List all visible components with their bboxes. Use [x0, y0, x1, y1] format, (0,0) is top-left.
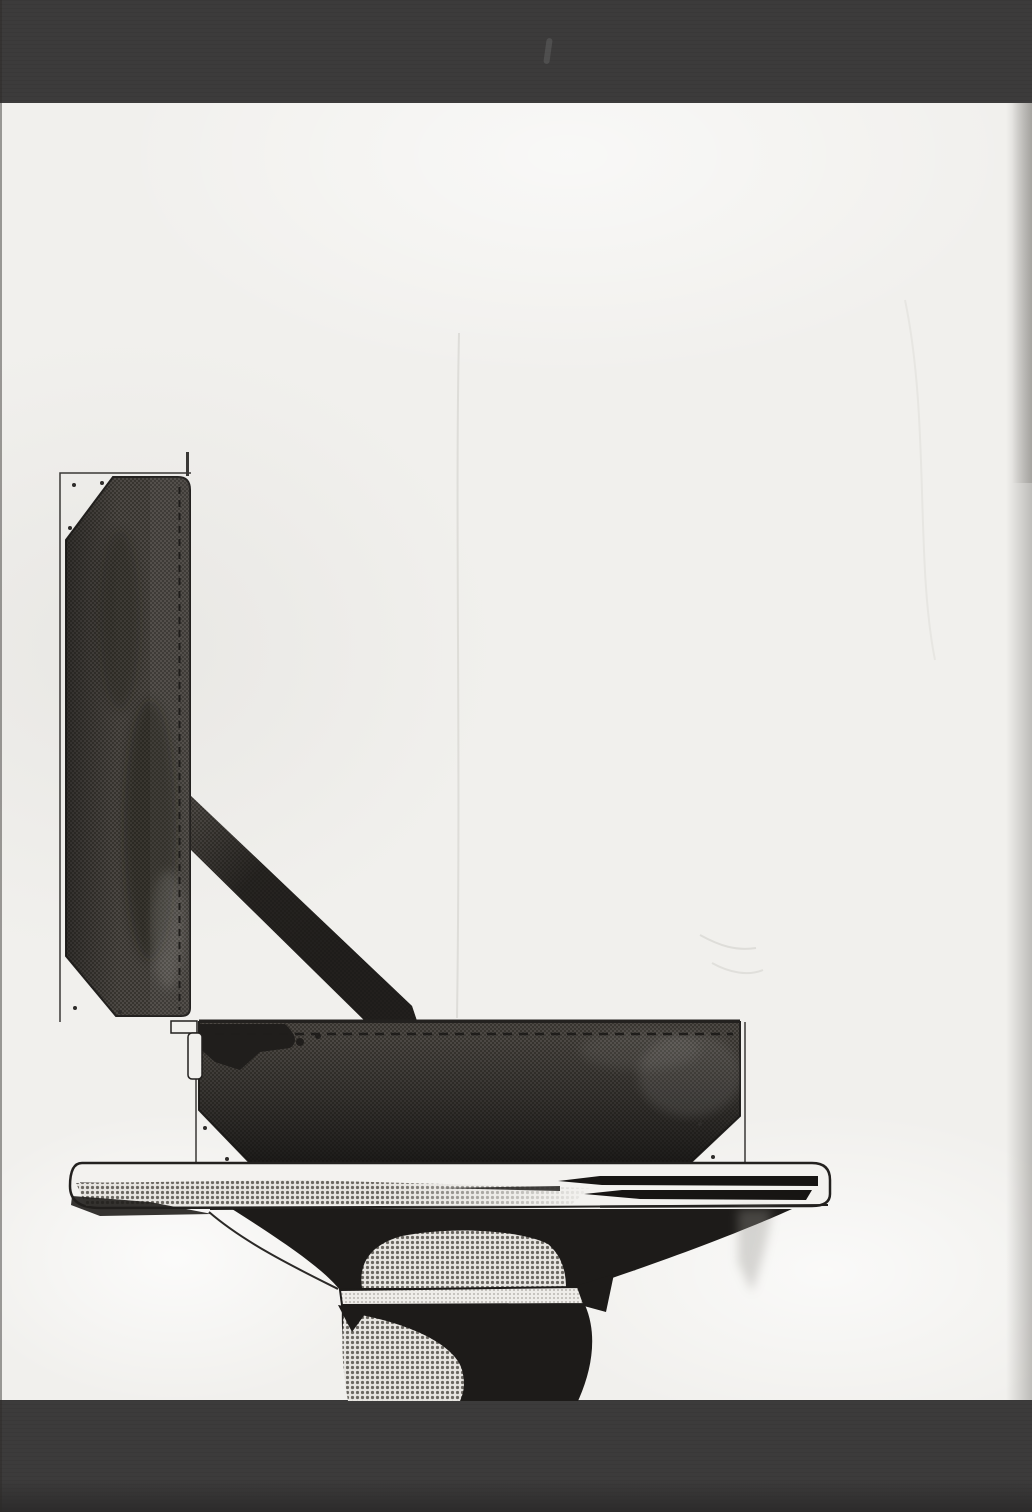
page-background [0, 103, 1032, 1400]
scanned-page [0, 0, 1032, 1512]
top-black-band [0, 0, 1032, 103]
bottom-black-band [0, 1400, 1032, 1512]
page-right-edge-shadow-top [1012, 103, 1032, 483]
left-scan-edge [0, 0, 2, 1512]
band-scratch-mark [543, 38, 553, 65]
